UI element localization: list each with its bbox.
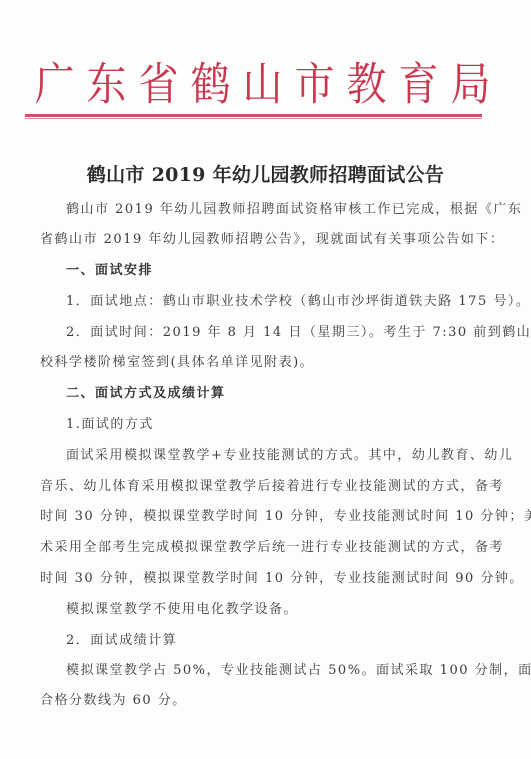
method-para-2: 模拟课堂教学不使用电化教学设备。 bbox=[66, 598, 298, 617]
method-para-line-4: 术采用全部考生完成模拟课堂教学后统一进行专业技能测试的方式，备考 bbox=[40, 536, 504, 555]
letterhead-red-rule bbox=[25, 114, 482, 117]
intro-line-2: 省鹤山市 2019 年幼儿园教师招聘公告》，现就面试有关事项公告如下： bbox=[40, 228, 504, 247]
letterhead-text: 广东省鹤山市教育局 bbox=[29, 58, 503, 112]
score-para-line-2: 合格分数线为 60 分。 bbox=[40, 689, 187, 708]
section-heading-2: 二、面试方式及成绩计算 bbox=[66, 382, 226, 401]
document-page: 广东省鹤山市教育局 鹤山市 2019 年幼儿园教师招聘面试公告 鹤山市 2019… bbox=[0, 0, 531, 759]
section-1-item-2-line-1: 2．面试时间：2019 年 8 月 14 日（星期三）。考生于 7:30 前到鹤… bbox=[66, 321, 531, 340]
subsection-heading-1: 1.面试的方式 bbox=[66, 413, 154, 432]
section-1-item-2-line-2: 校科学楼阶梯室签到(具体名单详见附表)。 bbox=[40, 351, 314, 370]
letterhead-org-name: 广东省鹤山市教育局 bbox=[0, 58, 531, 112]
method-para-line-5: 时间 30 分钟，模拟课堂教学时间 10 分钟，专业技能测试时间 90 分钟。 bbox=[40, 567, 524, 586]
document-title: 鹤山市 2019 年幼儿园教师招聘面试公告 bbox=[0, 160, 531, 187]
section-heading-1: 一、面试安排 bbox=[66, 259, 153, 278]
letterhead-red-rule-thin bbox=[25, 118, 482, 119]
section-1-item-1: 1．面试地点：鹤山市职业技术学校（鹤山市沙坪街道铁夫路 175 号）。 bbox=[66, 290, 530, 309]
method-para-line-1: 面试采用模拟课堂教学+专业技能测试的方式。其中，幼儿教育、幼儿 bbox=[66, 444, 513, 463]
method-para-line-2: 音乐、幼儿体育采用模拟课堂教学后接着进行专业技能测试的方式，备考 bbox=[40, 475, 504, 494]
score-para-line-1: 模拟课堂教学占 50%，专业技能测试占 50%。面试采取 100 分制，面试 bbox=[66, 659, 531, 678]
intro-line-1: 鹤山市 2019 年幼儿园教师招聘面试资格审核工作已完成，根据《广东 bbox=[66, 198, 522, 217]
method-para-line-3: 时间 30 分钟，模拟课堂教学时间 10 分钟，专业技能测试时间 10 分钟；美 bbox=[40, 505, 531, 524]
subsection-heading-2: 2．面试成绩计算 bbox=[66, 629, 177, 648]
